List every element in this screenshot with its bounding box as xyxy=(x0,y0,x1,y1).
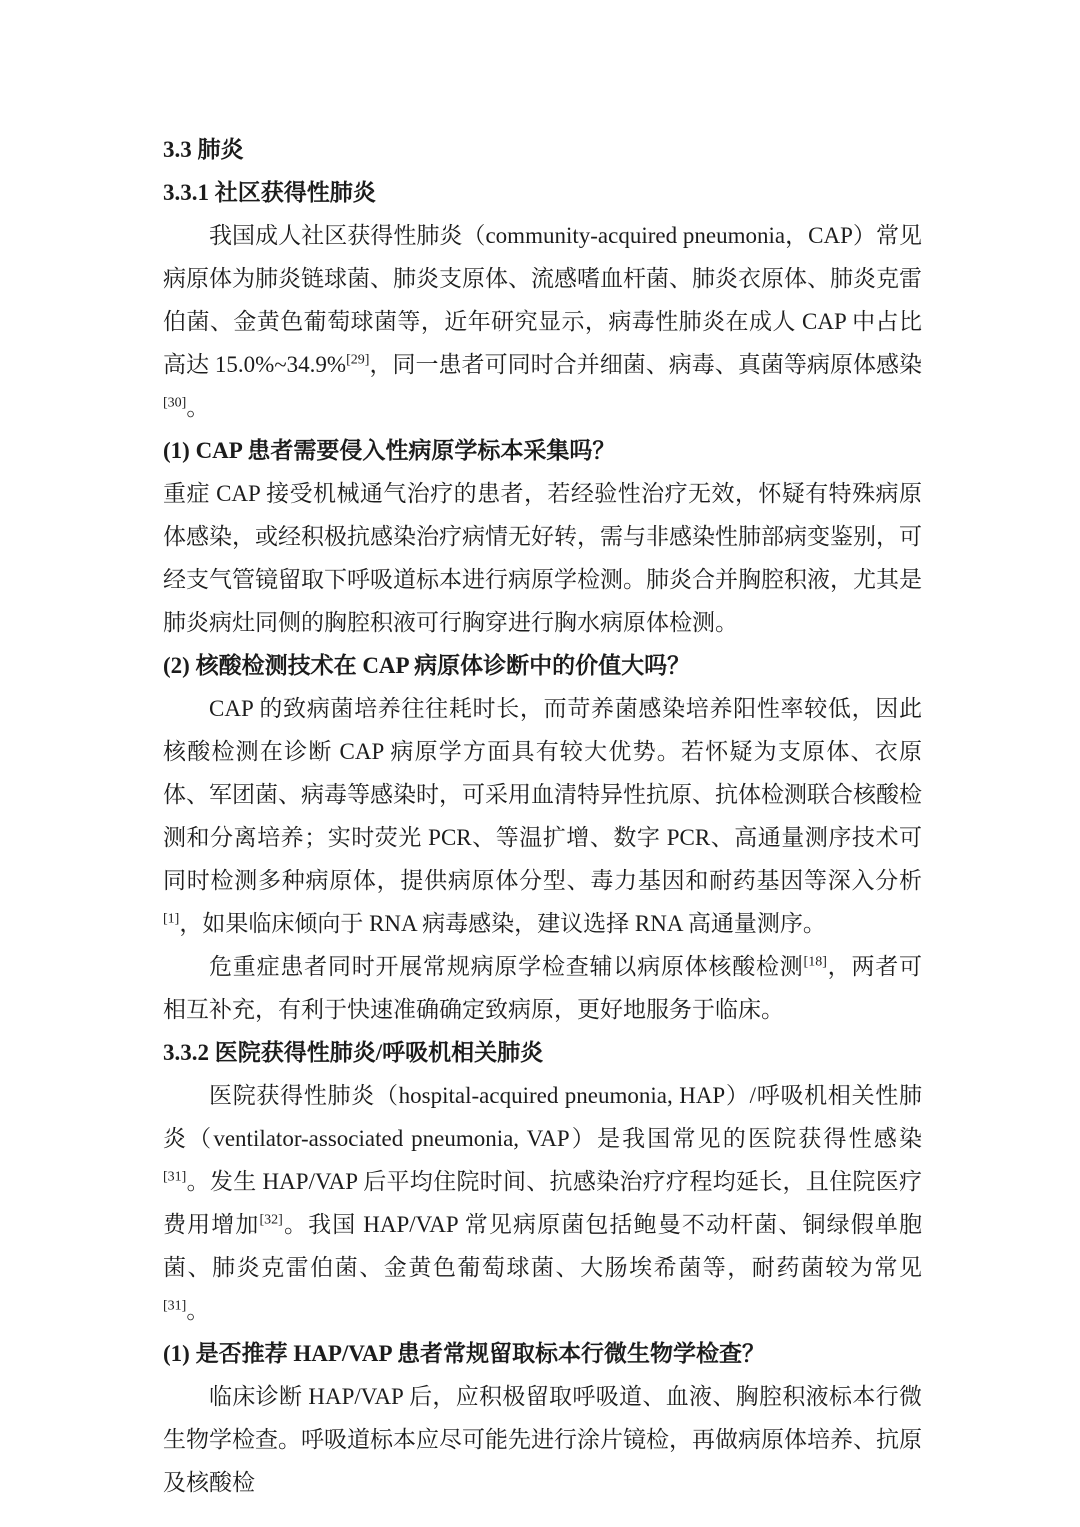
document-page: 3.3 肺炎3.3.1 社区获得性肺炎我国成人社区获得性肺炎（community… xyxy=(0,0,1080,1527)
question-heading-cap-2: (2) 核酸检测技术在 CAP 病原体诊断中的价值大吗？ xyxy=(163,644,922,687)
subsection-heading-3-3-2: 3.3.2 医院获得性肺炎/呼吸机相关肺炎 xyxy=(163,1031,922,1074)
paragraph-cap-intro: 我国成人社区获得性肺炎（community-acquired pneumonia… xyxy=(163,214,922,429)
subsection-heading-3-3-1: 3.3.1 社区获得性肺炎 xyxy=(163,171,922,214)
question-heading-hap-vap-1: (1) 是否推荐 HAP/VAP 患者常规留取标本行微生物学检查？ xyxy=(163,1332,922,1375)
citation-ref: [1] xyxy=(163,911,179,926)
paragraph-hap-vap-intro: 医院获得性肺炎（hospital-acquired pneumonia, HAP… xyxy=(163,1074,922,1332)
paragraph-cap-invasive-sampling: 重症 CAP 接受机械通气治疗的患者，若经验性治疗无效，怀疑有特殊病原体感染，或… xyxy=(163,472,922,644)
citation-ref: [29] xyxy=(346,352,369,367)
question-heading-cap-1: (1) CAP 患者需要侵入性病原学标本采集吗？ xyxy=(163,429,922,472)
citation-ref: [31] xyxy=(163,1298,186,1313)
citation-ref: [18] xyxy=(804,954,827,969)
citation-ref: [32] xyxy=(260,1212,283,1227)
paragraph-hap-vap-sampling: 临床诊断 HAP/VAP 后，应积极留取呼吸道、血液、胸腔积液标本行微生物学检查… xyxy=(163,1375,922,1504)
document-content: 3.3 肺炎3.3.1 社区获得性肺炎我国成人社区获得性肺炎（community… xyxy=(163,128,922,1504)
citation-ref: [30] xyxy=(163,395,186,410)
section-heading-3-3: 3.3 肺炎 xyxy=(163,128,922,171)
paragraph-cap-nat-value: CAP 的致病菌培养往往耗时长，而苛养菌感染培养阳性率较低，因此核酸检测在诊断 … xyxy=(163,687,922,945)
citation-ref: [31] xyxy=(163,1169,186,1184)
paragraph-critical-patients: 危重症患者同时开展常规病原学检查辅以病原体核酸检测[18]，两者可相互补充，有利… xyxy=(163,945,922,1031)
